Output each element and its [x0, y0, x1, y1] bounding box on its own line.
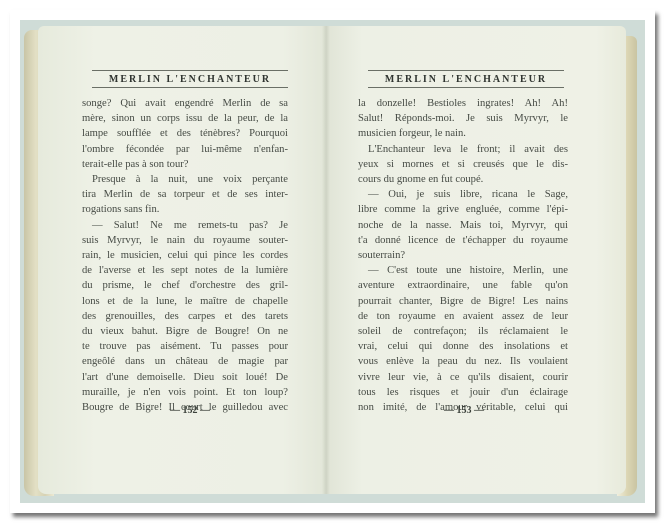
right-page-number: — 153 — — [424, 405, 504, 416]
text-line: lampe soufflée et des ténèbres? Pourquoi — [82, 126, 288, 141]
text-line: de l'averse et les sept notes de la lumi… — [82, 263, 288, 278]
text-line: — Salut! Ne me remets-tu pas? Je — [82, 218, 288, 233]
text-line: noche de la nasse. Mais toi, Myrvyr, qui — [358, 218, 568, 233]
text-line: du vieux bahut. Bigre de Bougre! On ne — [82, 324, 288, 339]
text-line: engeôlé dans un château de magie par — [82, 354, 288, 369]
text-line: vivre leur vie, à ce qu'ils disaient, co… — [358, 370, 568, 385]
left-page-number: — 152 — — [150, 405, 230, 416]
text-line: suis Myrvyr, le nain du royaume souter- — [82, 233, 288, 248]
text-line: — C'est toute une histoire, Merlin, une — [358, 263, 568, 278]
text-line: pourrait chanter, Bigre de Bigre! Les na… — [358, 294, 568, 309]
text-line: vrai, celui qui donne des insolations et — [358, 339, 568, 354]
text-line: L'Enchanteur leva le front; il avait des — [358, 142, 568, 157]
text-line: soleil de contrefaçon; ils réclamaient l… — [358, 324, 568, 339]
book-gutter — [322, 26, 330, 494]
text-line: cours du gnome en fut coupé. — [358, 172, 568, 187]
text-line: l'art d'une demoiselle. Dieu soit loué! … — [82, 370, 288, 385]
text-line: des grenouilles, des carpes et des taret… — [82, 309, 288, 324]
text-line: Presque à la nuit, une voix perçante — [82, 172, 288, 187]
book-photo: MERLIN L'ENCHANTEUR MERLIN L'ENCHANTEUR … — [20, 20, 645, 503]
text-line: te trouve pas aisément. Tu passes pour — [82, 339, 288, 354]
text-line: vous enlève la peau du nez. Ils voulaien… — [358, 354, 568, 369]
text-line: la donzelle! Bestioles ingrates! Ah! Ah! — [358, 96, 568, 111]
text-line: l'ombre fécondée par lui-même n'enfan- — [82, 142, 288, 157]
text-line: muraille, je n'en vois point. Et ton lou… — [82, 385, 288, 400]
text-line: rogations sans fin. — [82, 202, 288, 217]
right-page-text: la donzelle! Bestioles ingrates! Ah! Ah!… — [358, 96, 568, 415]
text-line: lons et de la lune, le maître de chapell… — [82, 294, 288, 309]
text-line: du prisme, le chef d'orchestre des gril- — [82, 278, 288, 293]
text-line: Salut! Réponds-moi. Je suis Myrvyr, le — [358, 111, 568, 126]
text-line: musicien forgeur, le nain. — [358, 126, 568, 141]
left-running-head: MERLIN L'ENCHANTEUR — [92, 70, 288, 88]
text-line: souterrain? — [358, 248, 568, 263]
text-line: tous les risques et jouir d'un éclairage — [358, 385, 568, 400]
text-line: songe? Qui avait engendré Merlin de sa — [82, 96, 288, 111]
text-line: terait-elle pas à son tour? — [82, 157, 288, 172]
left-page-text: songe? Qui avait engendré Merlin de samè… — [82, 96, 288, 415]
text-line: yeux si mornes et si creusés que le dis- — [358, 157, 568, 172]
text-line: aventure extraordinaire, une fable qu'on — [358, 278, 568, 293]
text-line: de ton royaume en avaient assez de leur — [358, 309, 568, 324]
text-line: rain, le musicien, celui qui pince les c… — [82, 248, 288, 263]
text-line: — Oui, je suis libre, ricana le Sage, — [358, 187, 568, 202]
right-running-head: MERLIN L'ENCHANTEUR — [368, 70, 564, 88]
text-line: libre comme la grive engluée, comme l'ép… — [358, 202, 568, 217]
text-line: t'a donné licence de t'échapper du royau… — [358, 233, 568, 248]
text-line: tira Merlin de sa torpeur et de ses inte… — [82, 187, 288, 202]
text-line: mère, sinon un corps issu de la peur, de… — [82, 111, 288, 126]
